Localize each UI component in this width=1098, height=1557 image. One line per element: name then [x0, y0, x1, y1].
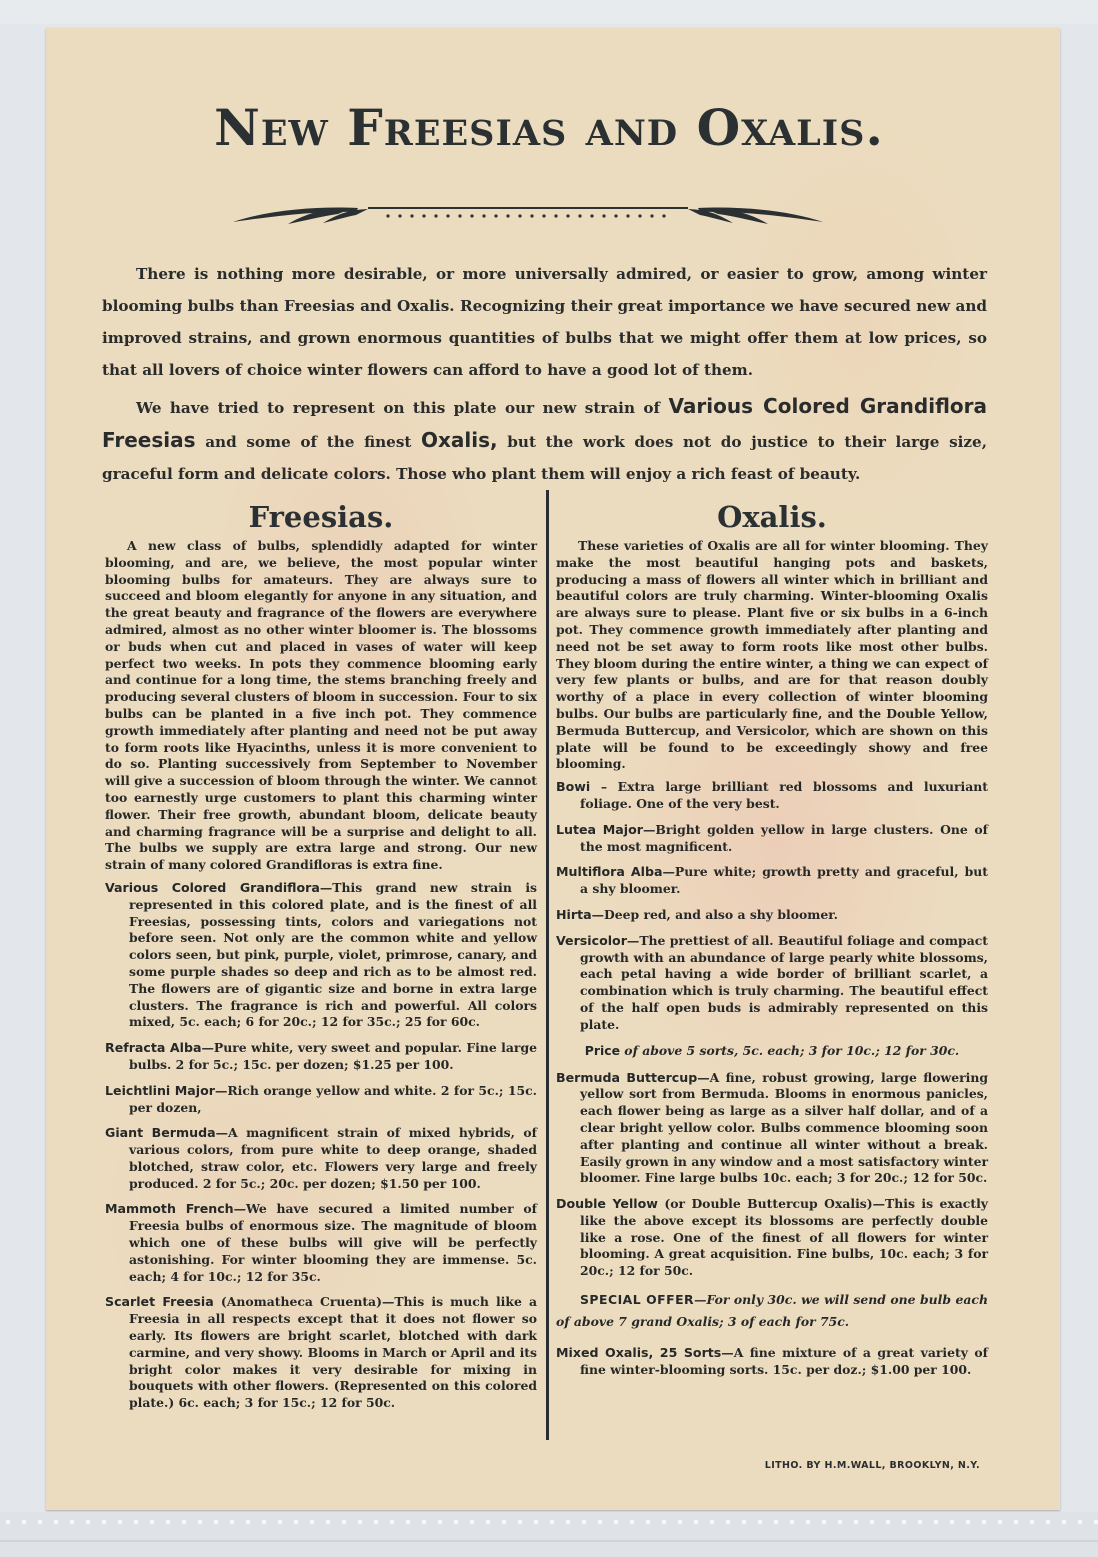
freesia-list: Various Colored Grandiflora—This grand n…: [105, 880, 537, 1412]
item-name: Mixed Oxalis, 25 Sorts: [556, 1345, 721, 1360]
list-item: Leichtlini Major—Rich orange yellow and …: [105, 1083, 537, 1117]
item-name: Multiflora Alba: [556, 864, 663, 879]
item-name: Lutea Major: [556, 822, 643, 837]
oxalis-heading: Oxalis.: [556, 500, 988, 534]
item-name: Hirta: [556, 907, 592, 922]
list-item: Multiflora Alba—Pure white; growth prett…: [556, 864, 988, 898]
list-item: Double Yellow (or Double Buttercup Oxali…: [556, 1196, 988, 1280]
list-item: Bermuda Buttercup—A fine, robust growing…: [556, 1070, 988, 1188]
item-name: Various Colored Grandiflora: [105, 880, 320, 895]
list-item: Bowi – Extra large brilliant red blossom…: [556, 779, 988, 813]
item-name: Bermuda Buttercup: [556, 1070, 697, 1085]
special-offer: SPECIAL OFFER—For only 30c. we will send…: [556, 1289, 988, 1333]
column-divider: [546, 490, 549, 1440]
sleeve-perforation: [0, 1518, 1098, 1526]
list-item: Mammoth French—We have secured a limited…: [105, 1201, 537, 1285]
freesias-description: A new class of bulbs, splendidly adapted…: [105, 538, 537, 874]
item-name: Leichtlini Major: [105, 1083, 215, 1098]
item-name: Bowi: [556, 779, 590, 794]
item-description: —The prettiest of all. Beautiful foliage…: [580, 933, 988, 1032]
lithographer-credit: LITHO. BY H.M.WALL, BROOKLYN, N.Y.: [720, 1460, 980, 1471]
intro-paragraph-2: We have tried to represent on this plate…: [102, 390, 987, 490]
item-name: Refracta Alba: [105, 1040, 202, 1055]
oxalis-list: Bowi – Extra large brilliant red blossom…: [556, 779, 988, 1033]
oxalis-description: These varieties of Oxalis are all for wi…: [556, 538, 988, 773]
item-description: (Anomatheca Cruenta)—This is much like a…: [129, 1294, 537, 1410]
list-item: Refracta Alba—Pure white, very sweet and…: [105, 1040, 537, 1074]
list-item: Various Colored Grandiflora—This grand n…: [105, 880, 537, 1031]
list-item: Giant Bermuda—A magnificent strain of mi…: [105, 1125, 537, 1192]
item-description: – Extra large brilliant red blossoms and…: [580, 779, 988, 811]
list-item: Mixed Oxalis, 25 Sorts—A fine mixture of…: [556, 1345, 988, 1379]
ornament-divider-icon: [228, 200, 828, 230]
intro-text-segment: and some of the finest: [196, 433, 421, 451]
page-title: New Freesias and Oxalis.: [0, 98, 1098, 157]
item-name: Double Yellow: [556, 1196, 658, 1211]
special-offer-lead: SPECIAL OFFER: [580, 1292, 694, 1307]
oxalis-list: Mixed Oxalis, 25 Sorts—A fine mixture of…: [556, 1345, 988, 1379]
item-name: Scarlet Freesia: [105, 1294, 214, 1309]
intro-paragraph-1: There is nothing more desirable, or more…: [102, 258, 987, 386]
intro-text-segment: We have tried to represent on this plate…: [136, 399, 668, 417]
item-name: Mammoth French: [105, 1201, 234, 1216]
list-item: Scarlet Freesia (Anomatheca Cruenta)—Thi…: [105, 1294, 537, 1412]
intro-text: There is nothing more desirable, or more…: [102, 258, 987, 494]
price-note-lead: Price: [585, 1043, 620, 1058]
price-note: Price of above 5 sorts, 5c. each; 3 for …: [556, 1043, 988, 1058]
oxalis-list: Bermuda Buttercup—A fine, robust growing…: [556, 1070, 988, 1281]
sleeve-top: [0, 0, 1098, 24]
freesias-heading: Freesias.: [105, 500, 537, 534]
list-item: Hirta—Deep red, and also a shy bloomer.: [556, 907, 988, 924]
item-name: Giant Bermuda: [105, 1125, 216, 1140]
sleeve-edge: [0, 1540, 1098, 1542]
item-name: Versicolor: [556, 933, 627, 948]
item-description: —This grand new strain is represented in…: [129, 880, 537, 1029]
price-note-text: of above 5 sorts, 5c. each; 3 for 10c.; …: [620, 1043, 959, 1058]
highlight-oxalis: Oxalis,: [421, 428, 498, 452]
list-item: Versicolor—The prettiest of all. Beautif…: [556, 933, 988, 1034]
list-item: Lutea Major—Bright golden yellow in larg…: [556, 822, 988, 856]
oxalis-column: Oxalis. These varieties of Oxalis are al…: [556, 500, 988, 1388]
item-description: —Deep red, and also a shy bloomer.: [592, 907, 838, 922]
freesias-column: Freesias. A new class of bulbs, splendid…: [105, 500, 537, 1421]
item-description: —A fine, robust growing, large flowering…: [580, 1070, 988, 1186]
